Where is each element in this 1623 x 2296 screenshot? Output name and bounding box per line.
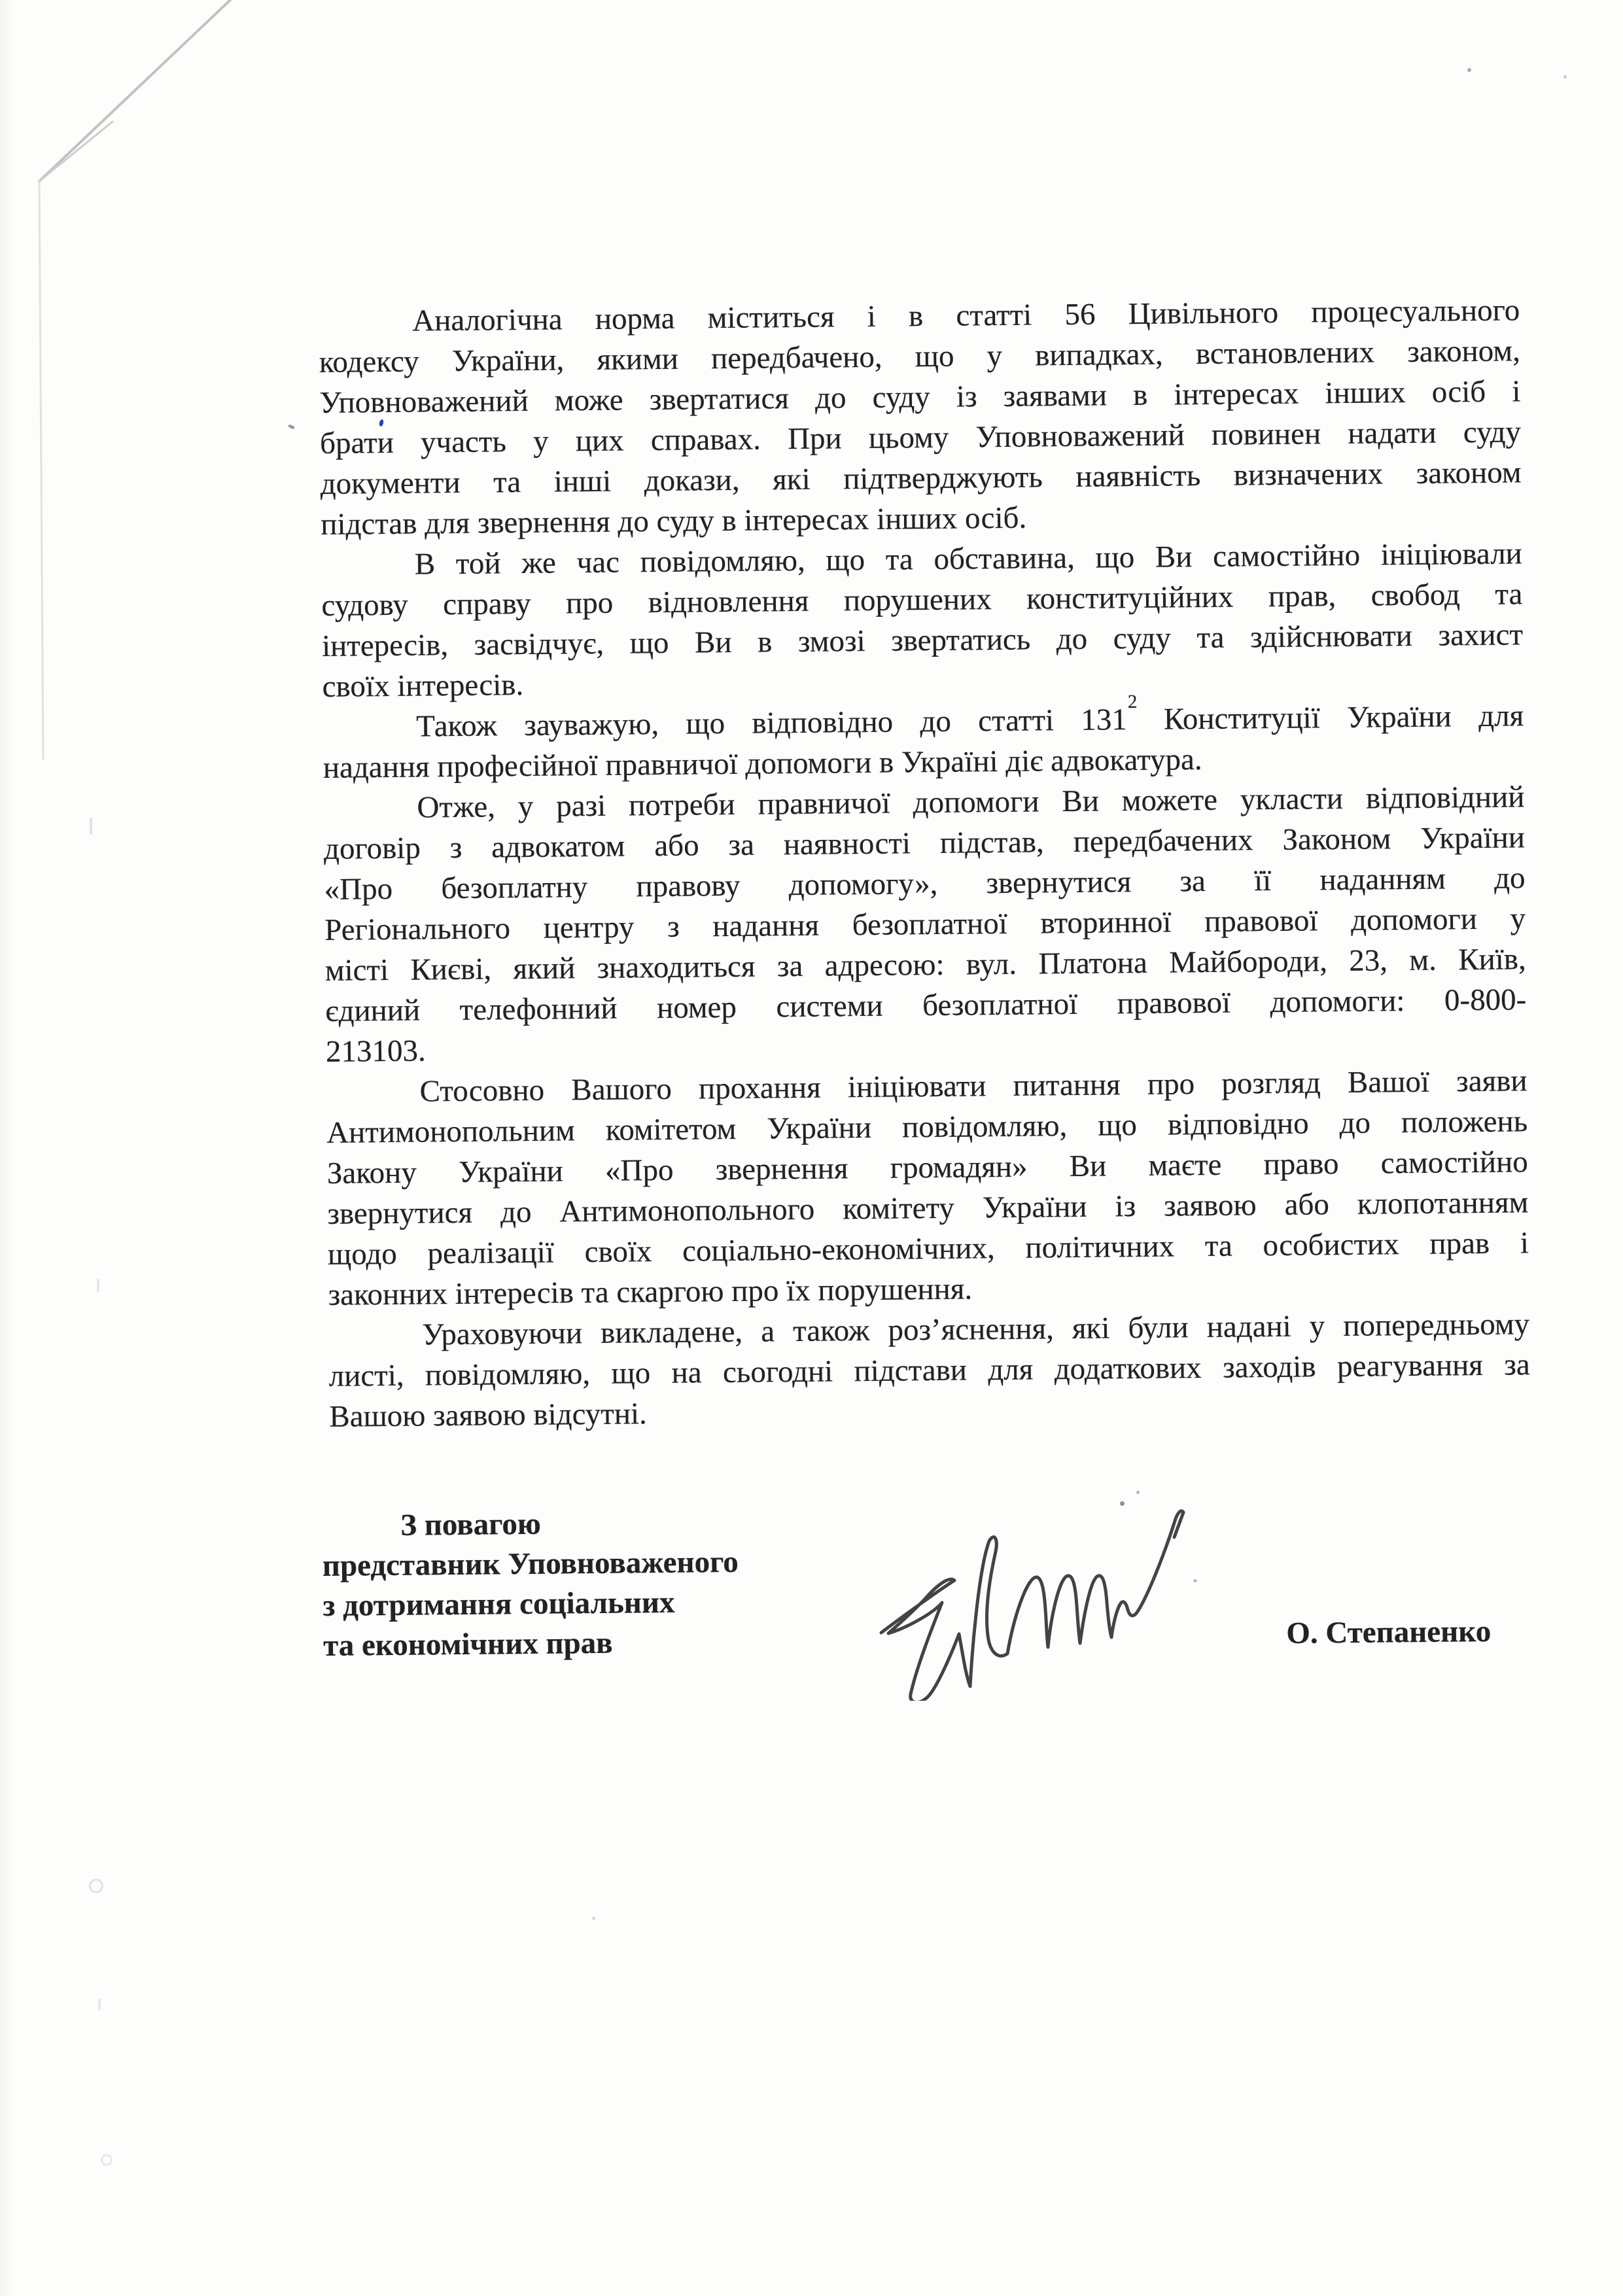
handwritten-signature — [850, 1478, 1256, 1701]
scan-speck — [1563, 75, 1567, 78]
scan-speck — [101, 2154, 113, 2166]
page-corner-fold-line — [0, 0, 275, 818]
scan-speck — [1136, 1491, 1140, 1494]
scan-speck — [89, 1879, 103, 1893]
scan-speck — [98, 1998, 101, 2010]
paragraph: Також зауважую, що відповідно до статті … — [323, 695, 1524, 788]
signer-name: О. Степаненко — [1286, 1611, 1491, 1654]
scan-speck — [1120, 1501, 1125, 1506]
paragraph: В той же час повідомляю, що та обставина… — [321, 533, 1524, 707]
paragraph: Стосовно Вашого прохання ініціювати пита… — [326, 1060, 1529, 1315]
scan-speck — [287, 424, 295, 430]
paragraph: Аналогічна норма міститься і в статті 56… — [319, 290, 1522, 545]
scan-speck — [97, 1279, 99, 1292]
scanned-page: Аналогічна норма міститься і в статті 56… — [0, 0, 1623, 2296]
paragraph: Отже, у разі потреби правничої допомоги … — [323, 776, 1527, 1072]
superscript-2: 2 — [1128, 691, 1138, 712]
letter-body: Аналогічна норма міститься і в статті 56… — [319, 290, 1531, 1437]
scan-speck — [90, 818, 92, 835]
paragraph: Ураховуючи викладене, а також роз’ясненн… — [328, 1304, 1531, 1437]
scan-speck — [1193, 1579, 1197, 1582]
scan-speck — [592, 1917, 595, 1920]
scan-speck — [1467, 68, 1471, 72]
